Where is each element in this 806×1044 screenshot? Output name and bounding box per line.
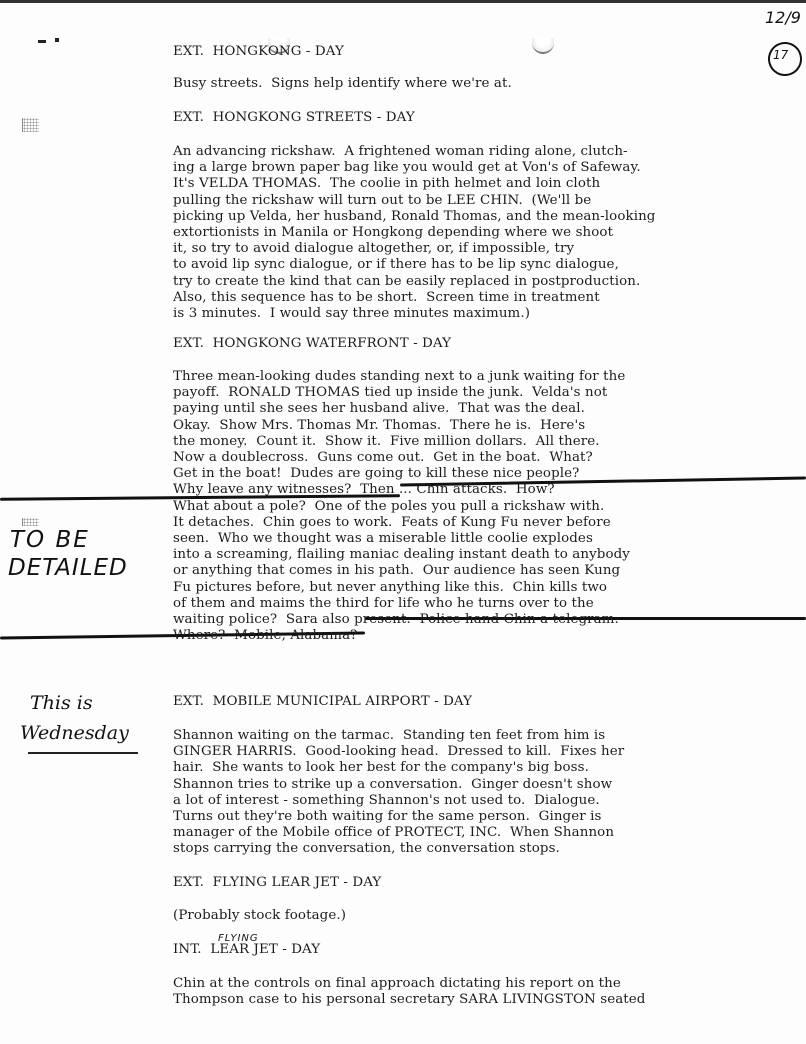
scene-body: (Probably stock footage.) (173, 908, 773, 924)
body-line: It detaches. Chin goes to work. Feats of… (173, 515, 773, 531)
body-line: extortionists in Manila or Hongkong depe… (173, 225, 773, 241)
handwritten-page-number: 17 (773, 48, 788, 62)
body-line: or anything that comes in his path. Our … (173, 563, 773, 579)
body-line: stops carrying the conversation, the con… (173, 841, 773, 857)
body-line: waiting police? Sara also present. Polic… (173, 612, 773, 628)
body-line: into a screaming, flailing maniac dealin… (173, 547, 773, 563)
body-line: Why leave any witnesses? Then ... Chin a… (173, 482, 773, 498)
body-line: Okay. Show Mrs. Thomas Mr. Thomas. There… (173, 418, 773, 434)
body-line: hair. She wants to look her best for the… (173, 760, 773, 776)
body-line: Fu pictures before, but never anything l… (173, 580, 773, 596)
body-line: It's VELDA THOMAS. The coolie in pith he… (173, 176, 773, 192)
body-line: Where? Mobile, Alabama? (173, 628, 773, 644)
scene-heading: EXT. HONGKONG WATERFRONT - DAY (173, 336, 451, 351)
body-line: (Probably stock footage.) (173, 908, 773, 924)
body-line: Busy streets. Signs help identify where … (173, 76, 773, 92)
body-line: Also, this sequence has to be short. Scr… (173, 290, 773, 306)
body-line: Get in the boat! Dudes are going to kill… (173, 466, 773, 482)
handwritten-date: 12/9 (765, 8, 801, 27)
handwritten-wednesday: Wednesday (20, 722, 129, 744)
body-line: ing a large brown paper bag like you wou… (173, 160, 773, 176)
body-line: Chin at the controls on final approach d… (173, 976, 773, 992)
body-line: of them and maims the third for life who… (173, 596, 773, 612)
body-line: Turns out they're both waiting for the s… (173, 809, 773, 825)
body-line: GINGER HARRIS. Good-looking head. Dresse… (173, 744, 773, 760)
scene-heading: EXT. HONGKONG STREETS - DAY (173, 110, 415, 125)
handwritten-to-be: TO BE (10, 527, 90, 553)
punch-hole-right (532, 38, 554, 54)
body-line: Shannon waiting on the tarmac. Standing … (173, 728, 773, 744)
scene-heading: INT. LEAR JET - DAY (173, 942, 320, 957)
body-line: What about a pole? One of the poles you … (173, 499, 773, 515)
body-line: to avoid lip sync dialogue, or if there … (173, 257, 773, 273)
scene-body: Busy streets. Signs help identify where … (173, 76, 773, 92)
body-line: payoff. RONALD THOMAS tied up inside the… (173, 385, 773, 401)
body-line: Shannon tries to strike up a conversatio… (173, 777, 773, 793)
body-line: it, so try to avoid dialogue altogether,… (173, 241, 773, 257)
binder-hole-mark (22, 118, 39, 132)
scene-heading: EXT. MOBILE MUNICIPAL AIRPORT - DAY (173, 694, 472, 709)
body-line: Now a doublecross. Guns come out. Get in… (173, 450, 773, 466)
scene-heading: EXT. FLYING LEAR JET - DAY (173, 875, 381, 890)
body-line: An advancing rickshaw. A frightened woma… (173, 144, 773, 160)
body-line: Three mean-looking dudes standing next t… (173, 369, 773, 385)
binder-hole-mark (22, 518, 39, 526)
body-line: try to create the kind that can be easil… (173, 274, 773, 290)
handwritten-underline (28, 752, 138, 754)
scene-body: Chin at the controls on final approach d… (173, 976, 773, 1008)
scene-body: An advancing rickshaw. A frightened woma… (173, 144, 773, 322)
scene-heading: EXT. HONGKONG - DAY (173, 44, 344, 59)
body-line: picking up Velda, her husband, Ronald Th… (173, 209, 773, 225)
body-line: paying until she sees her husband alive.… (173, 401, 773, 417)
body-line: manager of the Mobile office of PROTECT,… (173, 825, 773, 841)
handwritten-detailed: DETAILED (8, 555, 128, 581)
scan-edge (0, 0, 806, 3)
scan-speck (55, 38, 59, 42)
body-line: pulling the rickshaw will turn out to be… (173, 193, 773, 209)
body-line: is 3 minutes. I would say three minutes … (173, 306, 773, 322)
handwritten-this-is: This is (30, 692, 93, 714)
body-line: Thompson case to his personal secretary … (173, 992, 773, 1008)
body-line: a lot of interest - something Shannon's … (173, 793, 773, 809)
script-page: 12/9 17 TO BE DETAILED This is Wednesday… (0, 0, 806, 1044)
scene-body: Three mean-looking dudes standing next t… (173, 369, 773, 644)
body-line: seen. Who we thought was a miserable lit… (173, 531, 773, 547)
scene-body: Shannon waiting on the tarmac. Standing … (173, 728, 773, 858)
body-line: the money. Count it. Show it. Five milli… (173, 434, 773, 450)
scan-speck (38, 40, 46, 43)
